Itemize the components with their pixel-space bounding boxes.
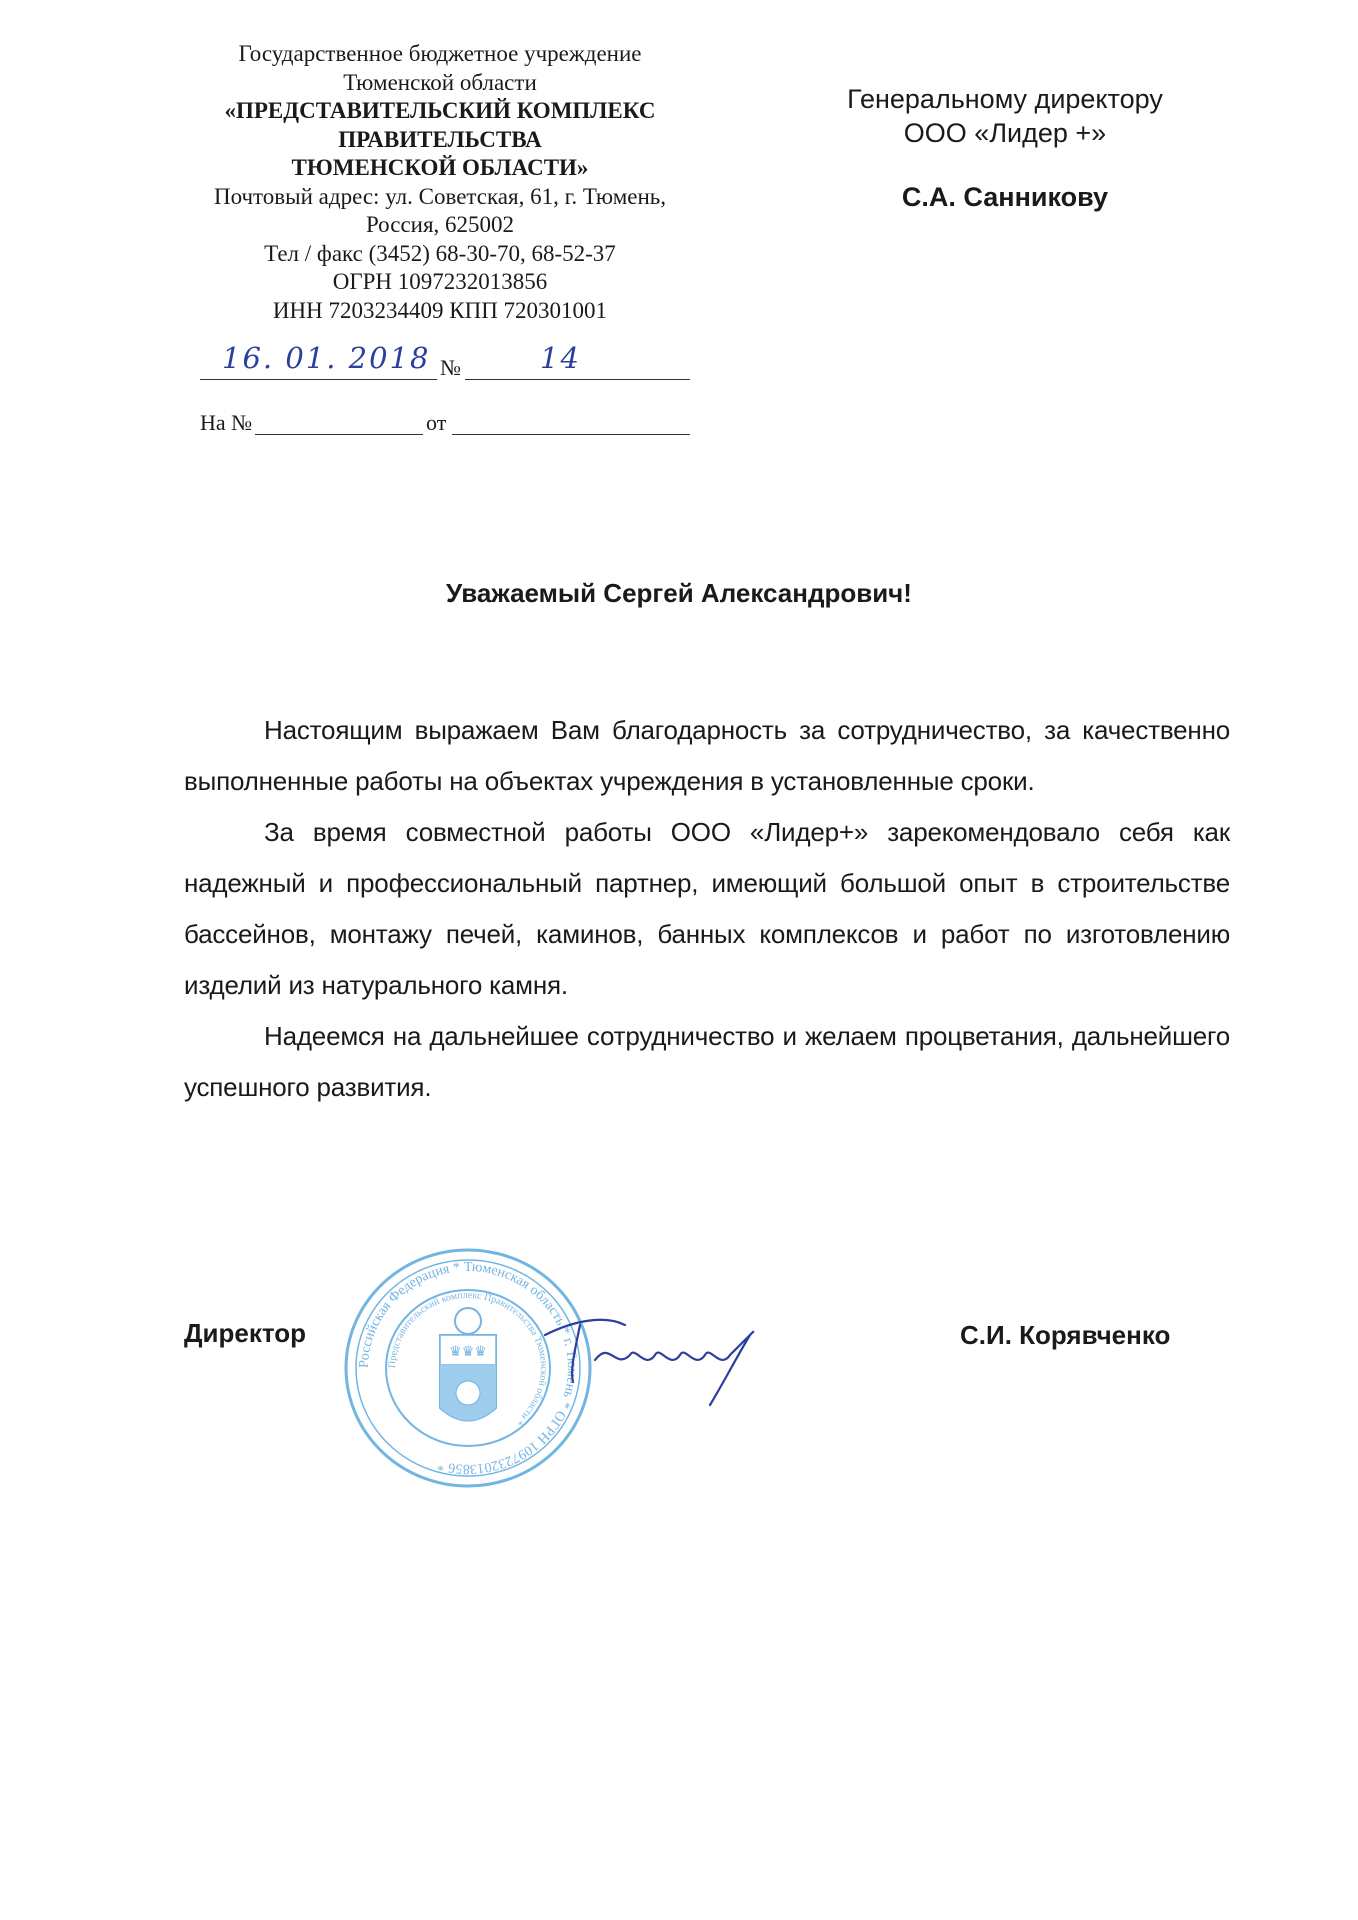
signatory-title: Директор [184, 1318, 306, 1349]
sender-letterhead: Государственное бюджетное учреждение Тюм… [180, 40, 700, 325]
from-underline [452, 400, 690, 435]
handwritten-signature [535, 1300, 775, 1410]
number-handwritten: 14 [540, 341, 581, 375]
sender-ogrn: ОГРН 1097232013856 [180, 268, 700, 297]
addressee-company: ООО «Лидер +» [800, 116, 1210, 150]
sender-line: Тюменской области [180, 69, 700, 98]
signatory-name: С.И. Корявченко [960, 1320, 1170, 1351]
sender-address: Почтовый адрес: ул. Советская, 61, г. Тю… [180, 183, 700, 212]
svg-text:♛♛♛: ♛♛♛ [449, 1344, 487, 1360]
sender-address: Россия, 625002 [180, 211, 700, 240]
sender-phone: Тел / факс (3452) 68-30-70, 68-52-37 [180, 240, 700, 269]
signature-icon [535, 1300, 775, 1410]
date-handwritten: 16. 01. 2018 [222, 341, 430, 375]
reference-underline [255, 400, 423, 435]
addressee-position: Генеральному директору [800, 82, 1210, 116]
sender-org-name: ПРАВИТЕЛЬСТВА [180, 126, 700, 155]
letter-body: Настоящим выражаем Вам благодарность за … [184, 705, 1230, 1113]
body-paragraph: Настоящим выражаем Вам благодарность за … [184, 705, 1230, 807]
sender-line: Государственное бюджетное учреждение [180, 40, 700, 69]
addressee-name: С.А. Санникову [800, 180, 1210, 214]
from-label: от [426, 410, 446, 436]
reference-label: На № [200, 410, 252, 436]
number-label: № [440, 355, 461, 381]
salutation: Уважаемый Сергей Александрович! [0, 578, 1358, 609]
sender-org-name: «ПРЕДСТАВИТЕЛЬСКИЙ КОМПЛЕКС [180, 97, 700, 126]
body-paragraph: Надеемся на дальнейшее сотрудничество и … [184, 1011, 1230, 1113]
addressee-block: Генеральному директору ООО «Лидер +» С.А… [800, 82, 1210, 214]
body-paragraph: За время совместной работы ООО «Лидер+» … [184, 807, 1230, 1011]
sender-org-name: ТЮМЕНСКОЙ ОБЛАСТИ» [180, 154, 700, 183]
registration-line: 16. 01. 2018 № 14 [200, 345, 690, 385]
sender-inn-kpp: ИНН 7203234409 КПП 720301001 [180, 297, 700, 326]
reference-line: На № от [200, 400, 690, 440]
